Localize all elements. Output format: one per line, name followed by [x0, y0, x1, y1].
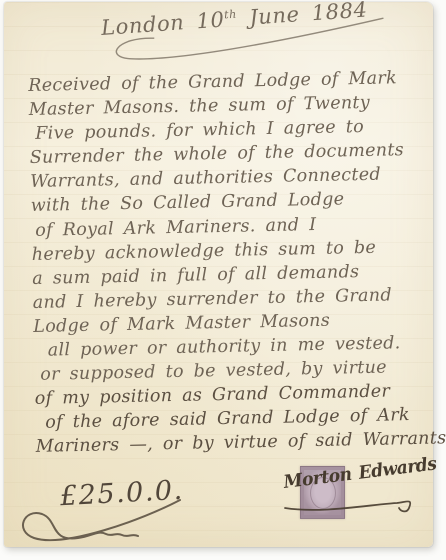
- document-paper: London 10th June 1884 Received of the Gr…: [4, 2, 433, 547]
- heading-ordinal: th: [224, 8, 238, 22]
- amount-flourish: [12, 494, 212, 552]
- signature-underline-flourish: [281, 496, 417, 518]
- photo-background: London 10th June 1884 Received of the Gr…: [0, 0, 446, 560]
- signature: Morton Edwards: [282, 453, 437, 493]
- document-body: Received of the Grand Lodge of Mark Mast…: [28, 66, 440, 460]
